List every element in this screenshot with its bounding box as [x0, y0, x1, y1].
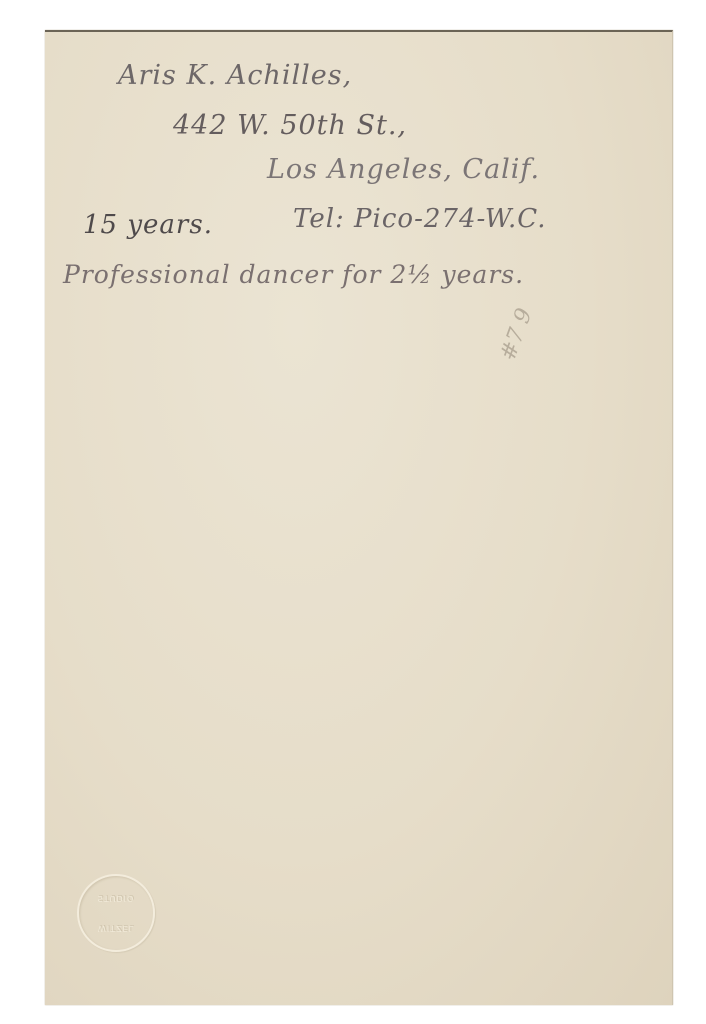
- embossed-studio-seal-icon: WITZEL STUDIO: [77, 874, 155, 952]
- seal-text-bottom: STUDIO: [86, 883, 146, 913]
- handwritten-telephone: Tel: Pico-274-W.C.: [293, 204, 547, 234]
- photo-card-back: Aris K. Achilles, 442 W. 50th St., Los A…: [45, 30, 673, 1005]
- seal-text-top: WITZEL: [86, 913, 146, 943]
- handwritten-age: 15 years.: [83, 210, 213, 240]
- handwritten-note: Professional dancer for 2½ years.: [63, 260, 524, 289]
- pencil-mark: #7 9: [496, 305, 538, 364]
- handwritten-name: Aris K. Achilles,: [118, 60, 352, 91]
- handwritten-street: 442 W. 50th St.,: [173, 110, 407, 141]
- handwritten-city: Los Angeles, Calif.: [267, 154, 540, 185]
